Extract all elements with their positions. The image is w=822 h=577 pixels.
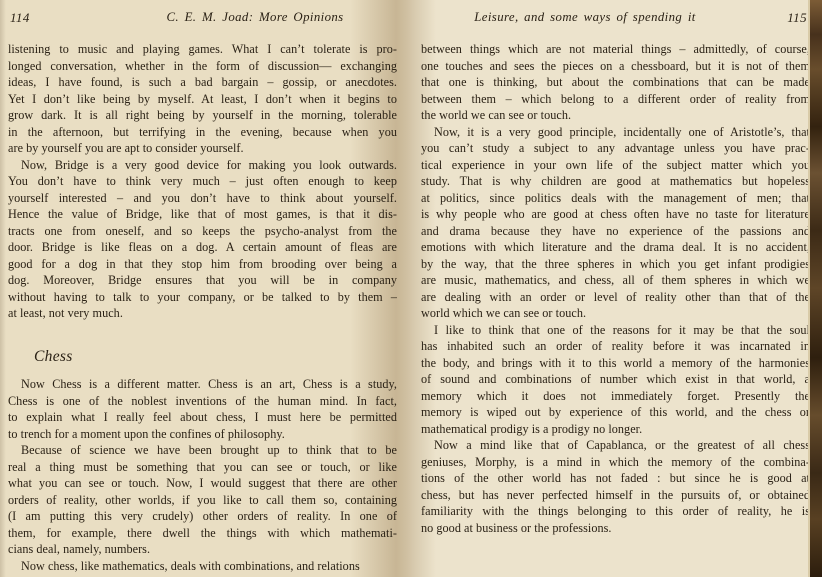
text-line: in the afternoon, but terrifying in the … — [8, 124, 397, 141]
text-line: of sound and combinations of number whic… — [421, 371, 810, 388]
text-line: no good at business or the professions. — [421, 520, 810, 537]
text-line: one touches and sees the pieces on a che… — [421, 58, 810, 75]
text-line: familiarity with the things belonging to… — [421, 503, 810, 520]
text-line: the body, and brings with it to this wor… — [421, 355, 810, 372]
text-line: that one is thinking, but about the comb… — [421, 74, 810, 91]
text-line: memory is wiped out by experience of thi… — [421, 404, 810, 421]
page-number-left: 114 — [10, 10, 30, 26]
section-heading: Chess — [34, 349, 397, 366]
text-line: door. Bridge is like fleas on a dog. A c… — [8, 239, 397, 256]
text-line: them, for example, there dwell the thing… — [8, 525, 397, 542]
text-line: listening to music and playing games. Wh… — [8, 41, 397, 58]
paragraph: Now a mind like that of Capablanca, or t… — [421, 437, 810, 536]
page-number-right: 115 — [787, 10, 807, 26]
text-line: geniuses, Morphy, is a mind in which the… — [421, 454, 810, 471]
text-line: dog. Moreover, Bridge ensures that you w… — [8, 272, 397, 289]
text-line: chess, but has never perfected himself i… — [421, 487, 810, 504]
text-line: between them – which belong to a differe… — [421, 91, 810, 108]
left-text-column: listening to music and playing games. Wh… — [8, 41, 397, 574]
text-line: memory which it does not immediately for… — [421, 388, 810, 405]
text-line: world which we can see or touch. — [421, 305, 810, 322]
text-line: tracts one from oneself, and so keeps th… — [8, 223, 397, 240]
text-line: to explain what I really feel about ches… — [8, 409, 397, 426]
paragraph: Now Chess is a different matter. Chess i… — [8, 376, 397, 442]
right-page-header: Leisure, and some ways of spending it 11… — [400, 10, 822, 28]
text-line: cians deal, namely, numbers. — [8, 541, 397, 558]
text-line: Now Chess is a different matter. Chess i… — [8, 376, 397, 393]
text-line: good for a dog in that they stop him fro… — [8, 256, 397, 273]
book-page-stack-edge — [808, 0, 822, 577]
text-line: tions of the other world has not faded :… — [421, 470, 810, 487]
text-line: orders of reality, other worlds, if you … — [8, 492, 397, 509]
text-line: Chess is one of the noblest inventions o… — [8, 393, 397, 410]
text-line: I like to think that one of the reasons … — [421, 322, 810, 339]
text-line: and drama because they have no experienc… — [421, 223, 810, 240]
text-line: to trench for a moment upon the confines… — [8, 426, 397, 443]
text-line: ideas, I have found, is such a bad barga… — [8, 74, 397, 91]
left-page-header: 114 C. E. M. Joad: More Opinions — [0, 10, 400, 28]
text-line: Now chess, like mathematics, deals with … — [8, 558, 397, 575]
text-line: mathematical prodigy is a prodigy no lon… — [421, 421, 810, 438]
text-line: emotions with which literature and the d… — [421, 239, 810, 256]
paragraph: listening to music and playing games. Wh… — [8, 41, 397, 157]
left-page: 114 C. E. M. Joad: More Opinions listeni… — [0, 0, 400, 577]
text-line: the world we can see or touch. — [421, 107, 810, 124]
text-line: Hence the value of Bridge, like that of … — [8, 206, 397, 223]
text-line: is why people who are good at chess ofte… — [421, 206, 810, 223]
text-line: between things which are not material th… — [421, 41, 810, 58]
text-line: Now a mind like that of Capablanca, or t… — [421, 437, 810, 454]
text-line: what you can see or touch. Now, I would … — [8, 475, 397, 492]
text-line: by the way, that the three spheres in wh… — [421, 256, 810, 273]
text-line: you can’t study a subject to any advanta… — [421, 140, 810, 157]
text-line: Because of science we have been brought … — [8, 442, 397, 459]
text-line: are music, mathematics, and chess, all o… — [421, 272, 810, 289]
running-title-left: C. E. M. Joad: More Opinions — [166, 10, 343, 25]
paragraph: Now, it is a very good principle, incide… — [421, 124, 810, 322]
paragraph: Now, Bridge is a very good device for ma… — [8, 157, 397, 322]
book-spread: 114 C. E. M. Joad: More Opinions listeni… — [0, 0, 822, 577]
text-line: yourself interested – and you don’t have… — [8, 190, 397, 207]
text-line: real a thing must be something that you … — [8, 459, 397, 476]
right-text-column: between things which are not material th… — [421, 41, 810, 536]
paragraph: Because of science we have been brought … — [8, 442, 397, 558]
text-line: Now, Bridge is a very good device for ma… — [8, 157, 397, 174]
text-line: has inhabited such an order of reality b… — [421, 338, 810, 355]
paragraph: I like to think that one of the reasons … — [421, 322, 810, 438]
text-line: are by yourself you are apt to consider … — [8, 140, 397, 157]
text-line: are dealing with an order or level of re… — [421, 289, 810, 306]
text-line: at politics, since politics deals with t… — [421, 190, 810, 207]
text-line: You don’t have to think very much – just… — [8, 173, 397, 190]
text-line: (I am putting this very crudely) other o… — [8, 508, 397, 525]
text-line: longed conversation, whether in the form… — [8, 58, 397, 75]
text-line: study. That is why children are good at … — [421, 173, 810, 190]
paragraph: between things which are not material th… — [421, 41, 810, 124]
text-line: Now, it is a very good principle, incide… — [421, 124, 810, 141]
text-line: without having to talk to your company, … — [8, 289, 397, 306]
right-page: Leisure, and some ways of spending it 11… — [400, 0, 822, 577]
paragraph: Now chess, like mathematics, deals with … — [8, 558, 397, 575]
text-line: at least, not very much. — [8, 305, 397, 322]
text-line: tical experience in your own life of the… — [421, 157, 810, 174]
text-line: grow dark. It is all right being by your… — [8, 107, 397, 124]
running-title-right: Leisure, and some ways of spending it — [474, 10, 695, 25]
text-line: Yet I don’t like being by myself. At lea… — [8, 91, 397, 108]
